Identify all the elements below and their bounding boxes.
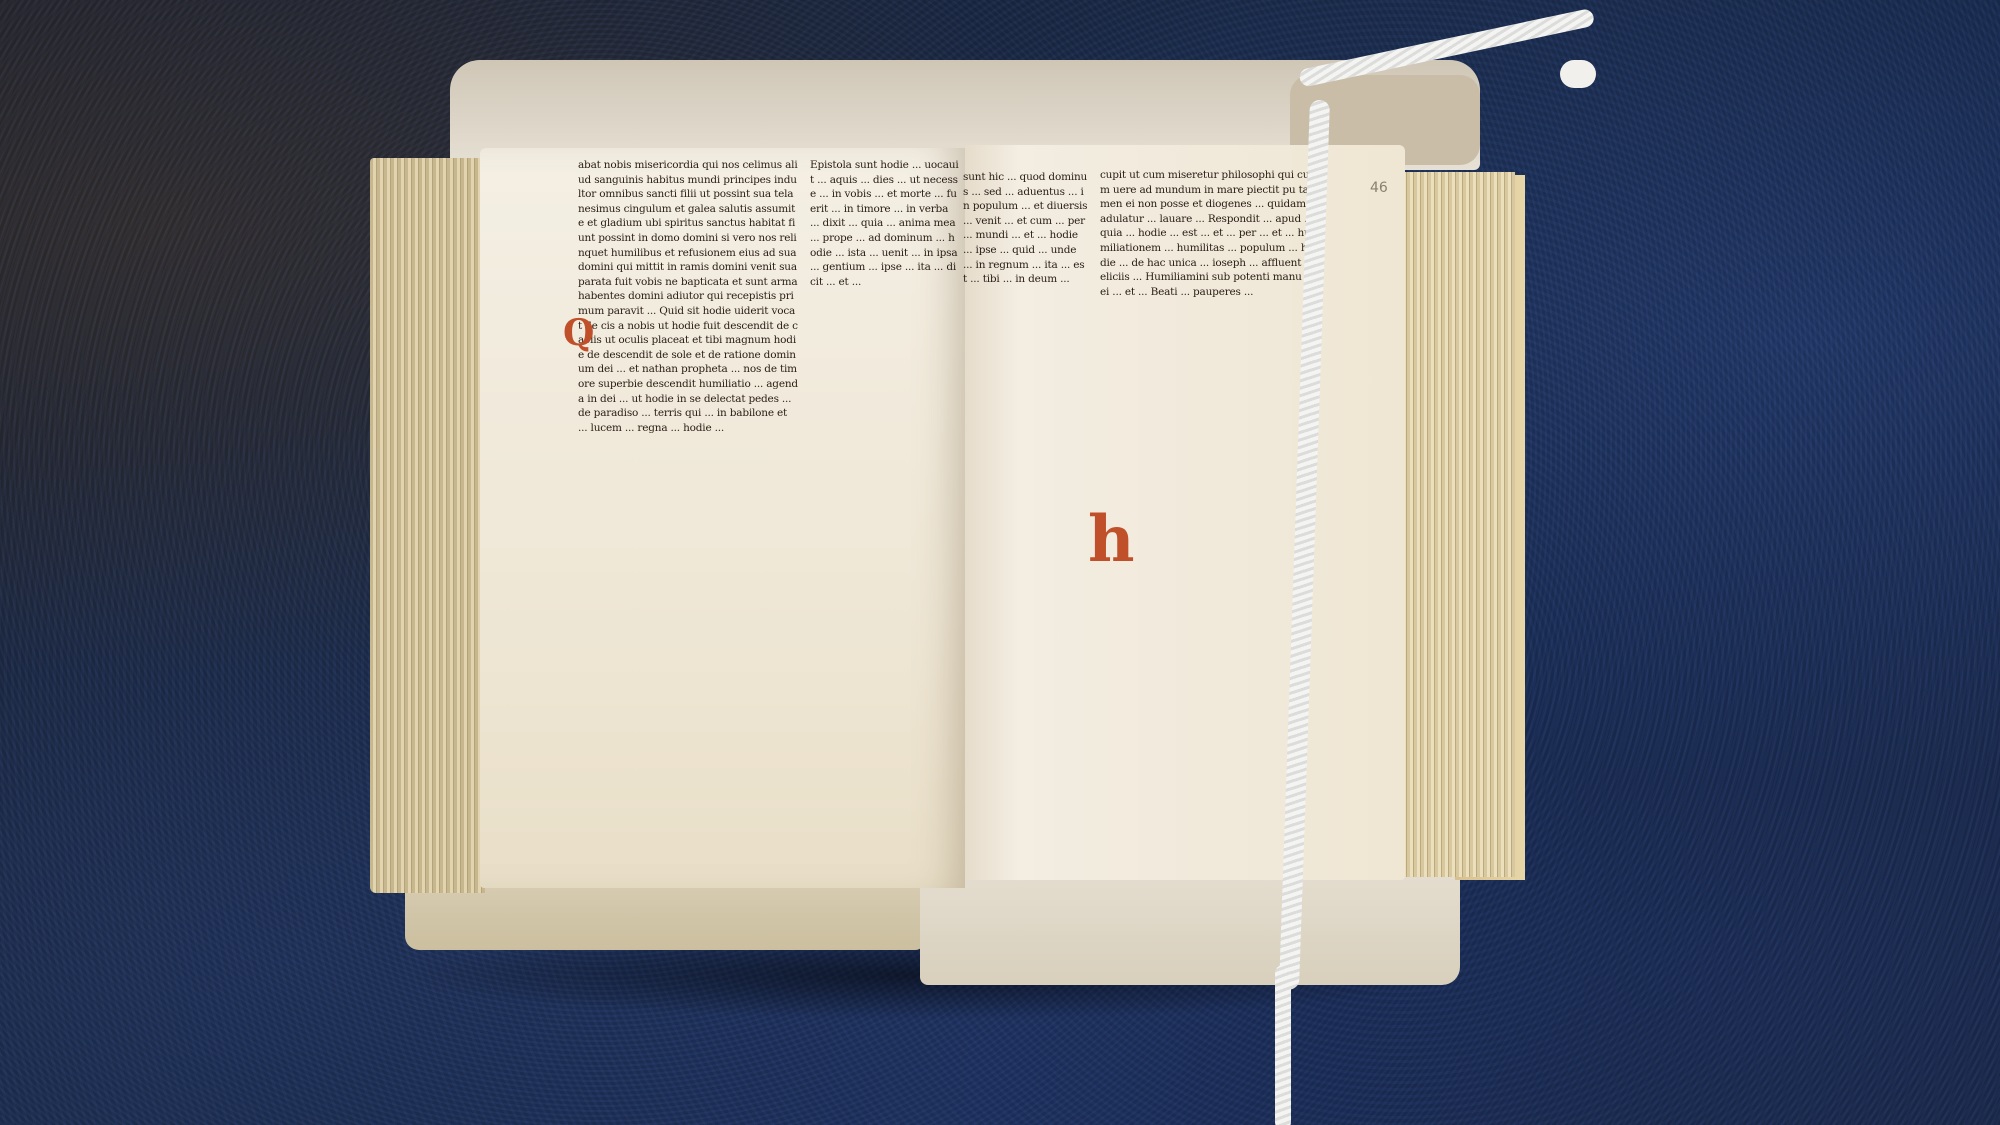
text-column-2: Epistola sunt hodie ... uocauit ... aqui… (810, 158, 960, 748)
cord-knot (1560, 60, 1596, 88)
text-column-4: cupit ut cum miseretur philosophi qui cu… (1100, 168, 1315, 808)
page-block-left-edge (370, 158, 485, 893)
text-column-1: abat nobis misericordia qui nos celimus … (578, 158, 798, 768)
cord-weight-tail (1275, 965, 1291, 1125)
rubricated-initial-h: h (1088, 508, 1135, 572)
folio-number: 46 (1370, 180, 1388, 196)
text-column-3: sunt hic ... quod dominus ... sed ... ad… (963, 170, 1088, 780)
page-block-right-edge (1400, 172, 1515, 877)
rubricated-initial-q: Q (563, 312, 594, 354)
book-pillow-right (920, 875, 1460, 985)
